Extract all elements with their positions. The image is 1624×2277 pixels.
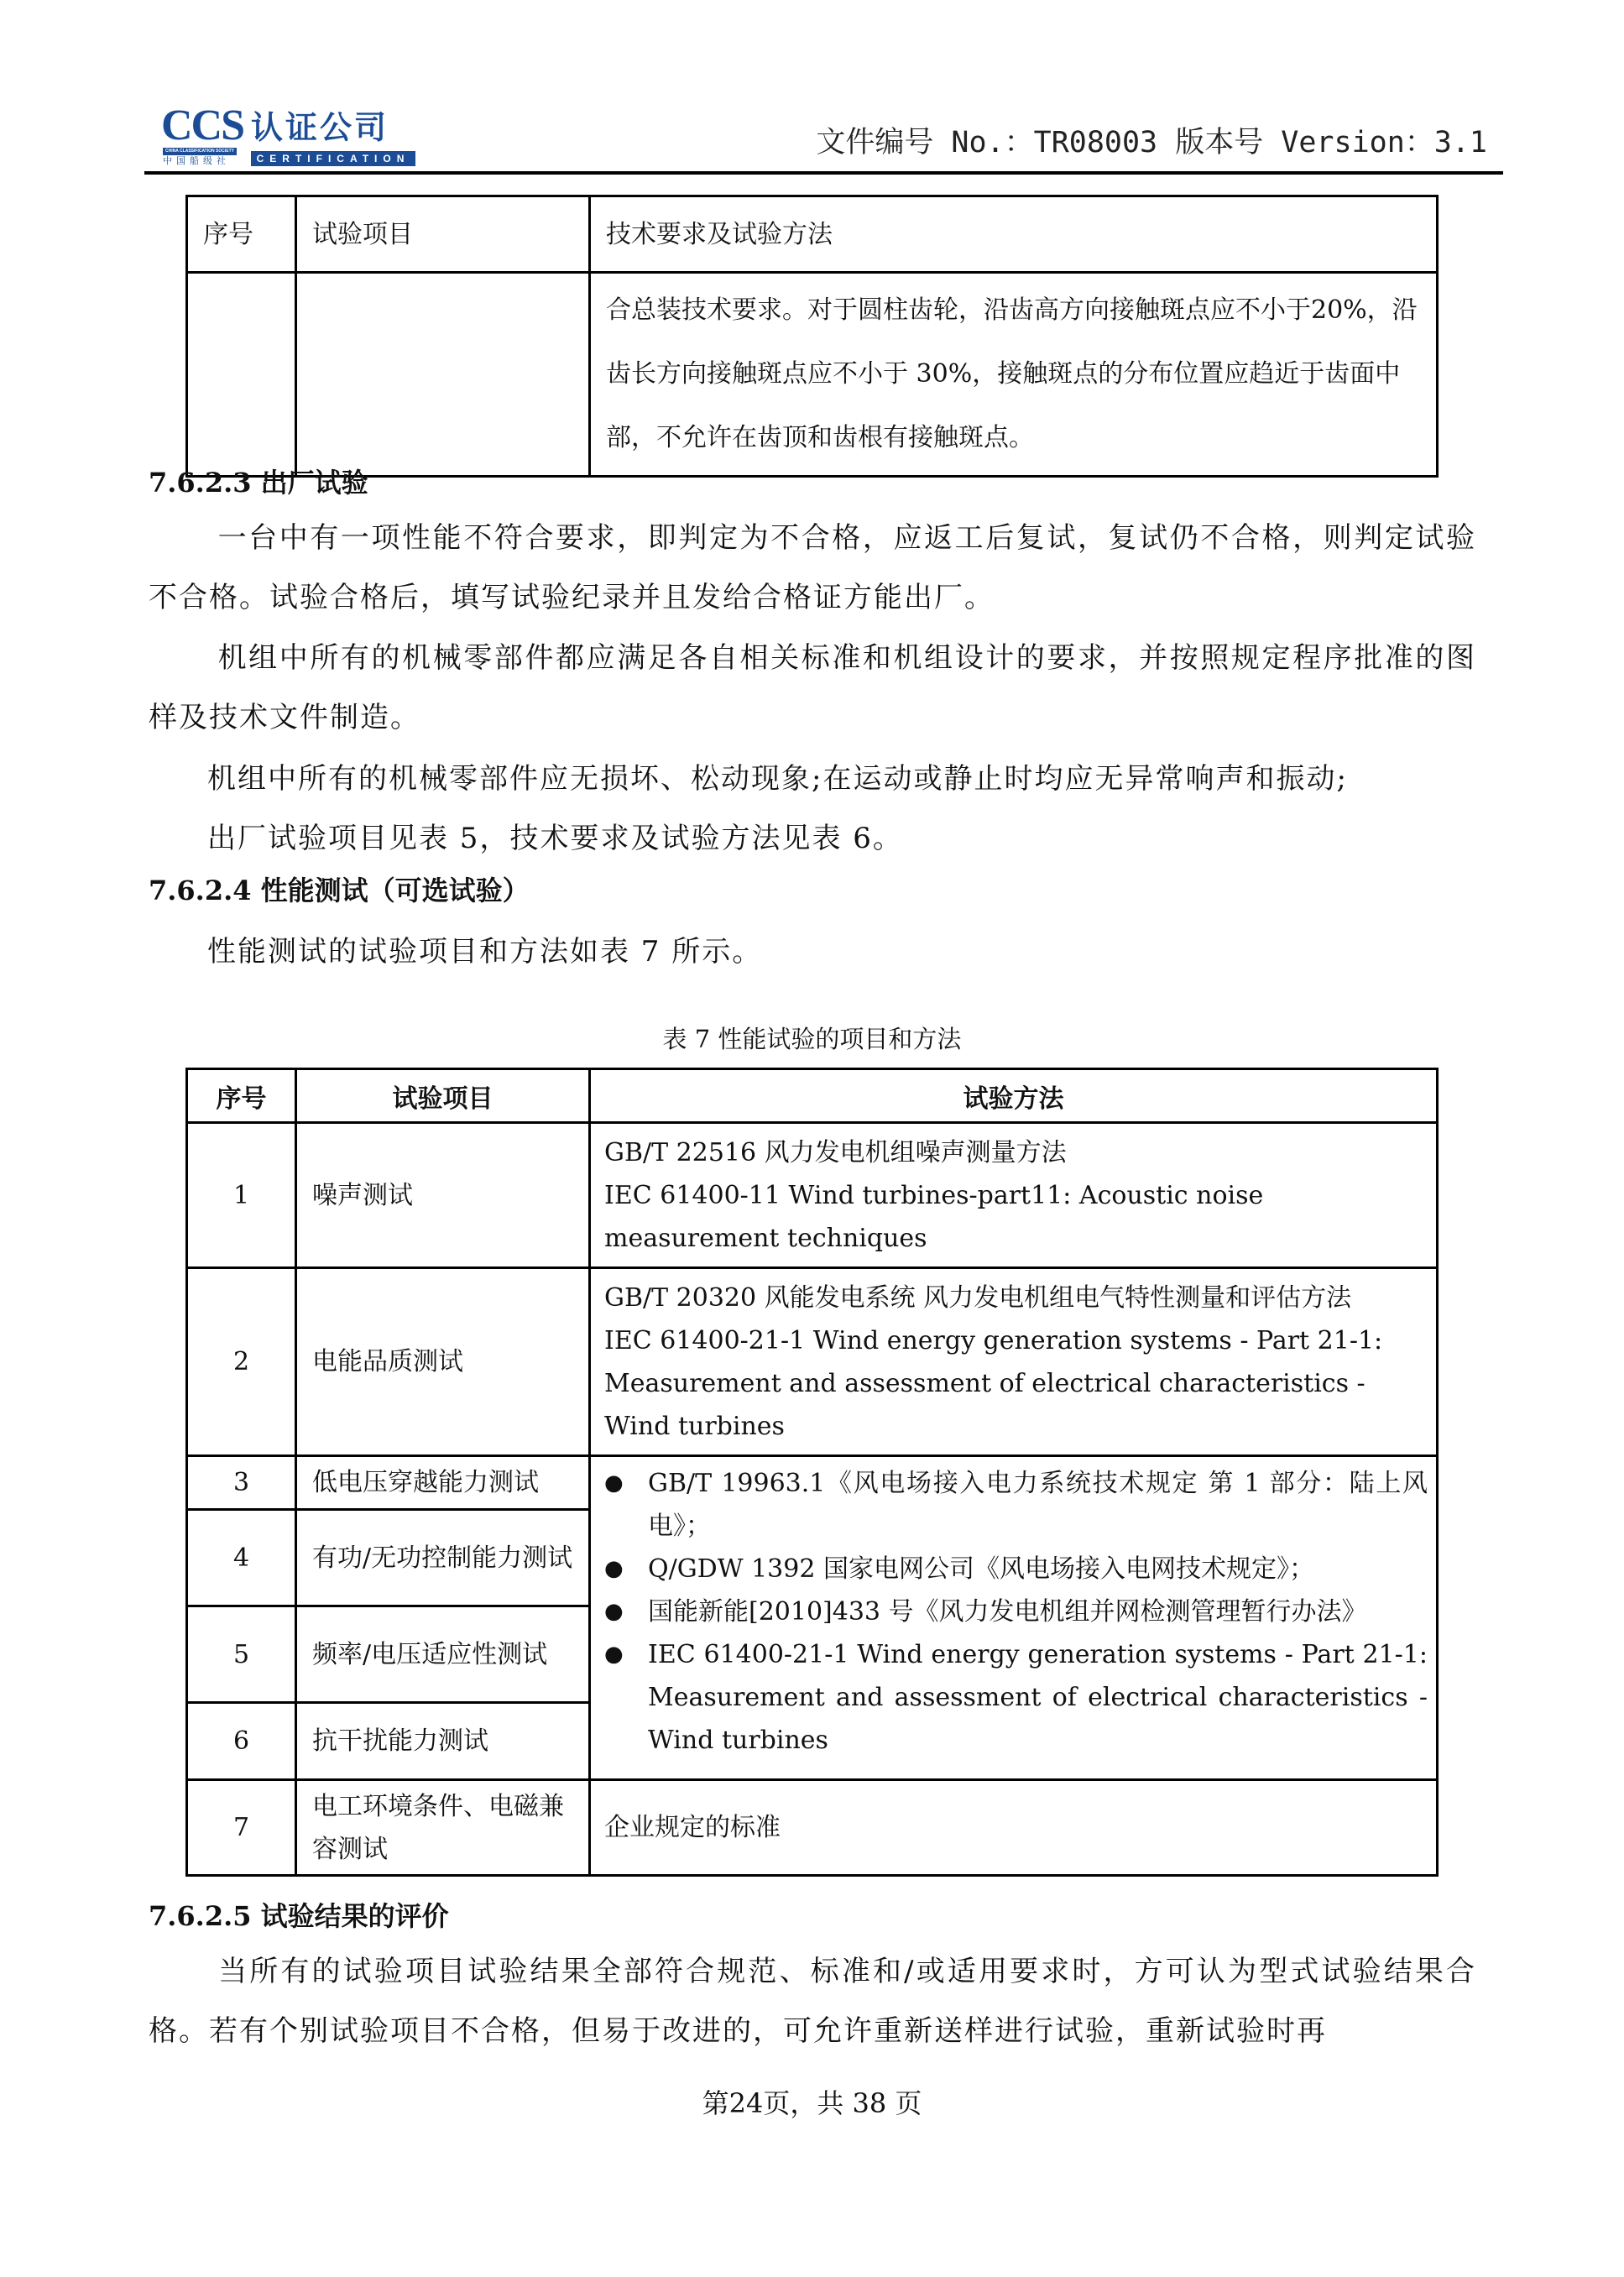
header-cell-item: 试验项目 — [296, 196, 590, 273]
table-header-row: 序号 试验项目 试验方法 — [187, 1069, 1438, 1123]
header-cell-method: 试验方法 — [590, 1069, 1438, 1123]
paragraph: 当所有的试验项目试验结果全部符合规范、标准和/或适用要求时，方可认为型式试验结果… — [149, 1942, 1476, 2061]
cell-method: GB/T 22516 风力发电机组噪声测量方法 IEC 61400-11 Win… — [590, 1123, 1438, 1268]
method-line: IEC 61400-21-1 Wind energy generation sy… — [604, 1319, 1429, 1448]
section-heading-7625: 7.6.2.5 试验结果的评价 — [149, 1899, 449, 1933]
cell-number: 2 — [187, 1268, 296, 1456]
section-heading-7624: 7.6.2.4 性能测试（可选试验） — [149, 874, 530, 907]
method-bullet-list: GB/T 19963.1《风电场接入电力系统技术规定 第 1 部分：陆上风电》；… — [591, 1457, 1436, 1767]
document-number: 文件编号 No.：TR08003 版本号 Version：3.1 — [816, 126, 1487, 159]
cell-item: 有功/无功控制能力测试 — [296, 1510, 590, 1606]
table-row: 7 电工环境条件、电磁兼容测试 企业规定的标准 — [187, 1780, 1438, 1876]
logo-society-cn: 中国船级社 — [163, 156, 230, 166]
ccs-certification-logo: CCS CHINA CLASSIFICATION SOCIETY 中国船级社 认… — [161, 104, 451, 165]
cell-item: 低电压穿越能力测试 — [296, 1456, 590, 1510]
cell-number: 5 — [187, 1606, 296, 1703]
cell-number: 1 — [187, 1123, 296, 1268]
method-bullet: IEC 61400-21-1 Wind energy generation sy… — [591, 1633, 1428, 1762]
header-cell-item: 试验项目 — [296, 1069, 590, 1123]
method-bullet: GB/T 19963.1《风电场接入电力系统技术规定 第 1 部分：陆上风电》； — [591, 1462, 1428, 1548]
performance-test-table: 序号 试验项目 试验方法 1 噪声测试 GB/T 22516 风力发电机组噪声测… — [185, 1068, 1439, 1877]
method-bullet: 国能新能[2010]433 号《风力发电机组并网检测管理暂行办法》 — [591, 1590, 1428, 1633]
table-row: 3 低电压穿越能力测试 GB/T 19963.1《风电场接入电力系统技术规定 第… — [187, 1456, 1438, 1510]
paragraph: 出厂试验项目见表 5，技术要求及试验方法见表 6。 — [149, 809, 1476, 869]
table-caption: 表 7 性能试验的项目和方法 — [185, 1022, 1439, 1056]
method-line: GB/T 20320 风能发电系统 风力发电机组电气特性测量和评估方法 — [604, 1277, 1429, 1319]
header-divider — [144, 171, 1503, 175]
logo-ccs-mark: CCS — [161, 104, 243, 148]
paragraph: 机组中所有的机械零部件都应满足各自相关标准和机组设计的要求，并按照规定程序批准的… — [149, 629, 1476, 748]
table-row: 2 电能品质测试 GB/T 20320 风能发电系统 风力发电机组电气特性测量和… — [187, 1268, 1438, 1456]
cell-item: 频率/电压适应性测试 — [296, 1606, 590, 1703]
cell-shared-methods: GB/T 19963.1《风电场接入电力系统技术规定 第 1 部分：陆上风电》；… — [590, 1456, 1438, 1780]
paragraph: 性能测试的试验项目和方法如表 7 所示。 — [149, 922, 1476, 982]
cell-requirement-text: 合总装技术要求。对于圆柱齿轮，沿齿高方向接触斑点应不小于20%，沿齿长方向接触斑… — [590, 273, 1438, 477]
method-line: IEC 61400-11 Wind turbines-part11: Acous… — [604, 1174, 1429, 1260]
cell-number: 7 — [187, 1780, 296, 1876]
cell-number: 4 — [187, 1510, 296, 1606]
continued-requirements-table: 序号 试验项目 技术要求及试验方法 合总装技术要求。对于圆柱齿轮，沿齿高方向接触… — [185, 195, 1439, 478]
cell-item: 电工环境条件、电磁兼容测试 — [296, 1780, 590, 1876]
cell-item: 抗干扰能力测试 — [296, 1703, 590, 1780]
cell-method: GB/T 20320 风能发电系统 风力发电机组电气特性测量和评估方法 IEC … — [590, 1268, 1438, 1456]
header-cell-number: 序号 — [187, 196, 296, 273]
paragraph: 一台中有一项性能不符合要求，即判定为不合格，应返工后复试，复试仍不合格，则判定试… — [149, 509, 1476, 628]
header-cell-number: 序号 — [187, 1069, 296, 1123]
cell-item: 噪声测试 — [296, 1123, 590, 1268]
method-line: 企业规定的标准 — [604, 1806, 1429, 1849]
header-cell-method: 技术要求及试验方法 — [590, 196, 1438, 273]
logo-brand-en: CERTIFICATION — [251, 151, 415, 166]
table-row: 1 噪声测试 GB/T 22516 风力发电机组噪声测量方法 IEC 61400… — [187, 1123, 1438, 1268]
method-line: GB/T 22516 风力发电机组噪声测量方法 — [604, 1131, 1429, 1174]
cell-item: 电能品质测试 — [296, 1268, 590, 1456]
cell-item — [296, 273, 590, 477]
cell-number: 3 — [187, 1456, 296, 1510]
cell-method: 企业规定的标准 — [590, 1780, 1438, 1876]
logo-society-band: CHINA CLASSIFICATION SOCIETY — [163, 148, 237, 155]
table-row: 合总装技术要求。对于圆柱齿轮，沿齿高方向接触斑点应不小于20%，沿齿长方向接触斑… — [187, 273, 1438, 477]
cell-number — [187, 273, 296, 477]
page-number: 第24页，共 38 页 — [0, 2086, 1624, 2120]
paragraph: 机组中所有的机械零部件应无损坏、松动现象;在运动或静止时均应无异常响声和振动; — [149, 749, 1476, 809]
section-heading-7623: 7.6.2.3 出厂试验 — [149, 466, 368, 499]
logo-brand-cn: 认证公司 — [251, 109, 389, 146]
method-bullet: Q/GDW 1392 国家电网公司《风电场接入电网技术规定》； — [591, 1548, 1428, 1590]
cell-number: 6 — [187, 1703, 296, 1780]
table-header-row: 序号 试验项目 技术要求及试验方法 — [187, 196, 1438, 273]
